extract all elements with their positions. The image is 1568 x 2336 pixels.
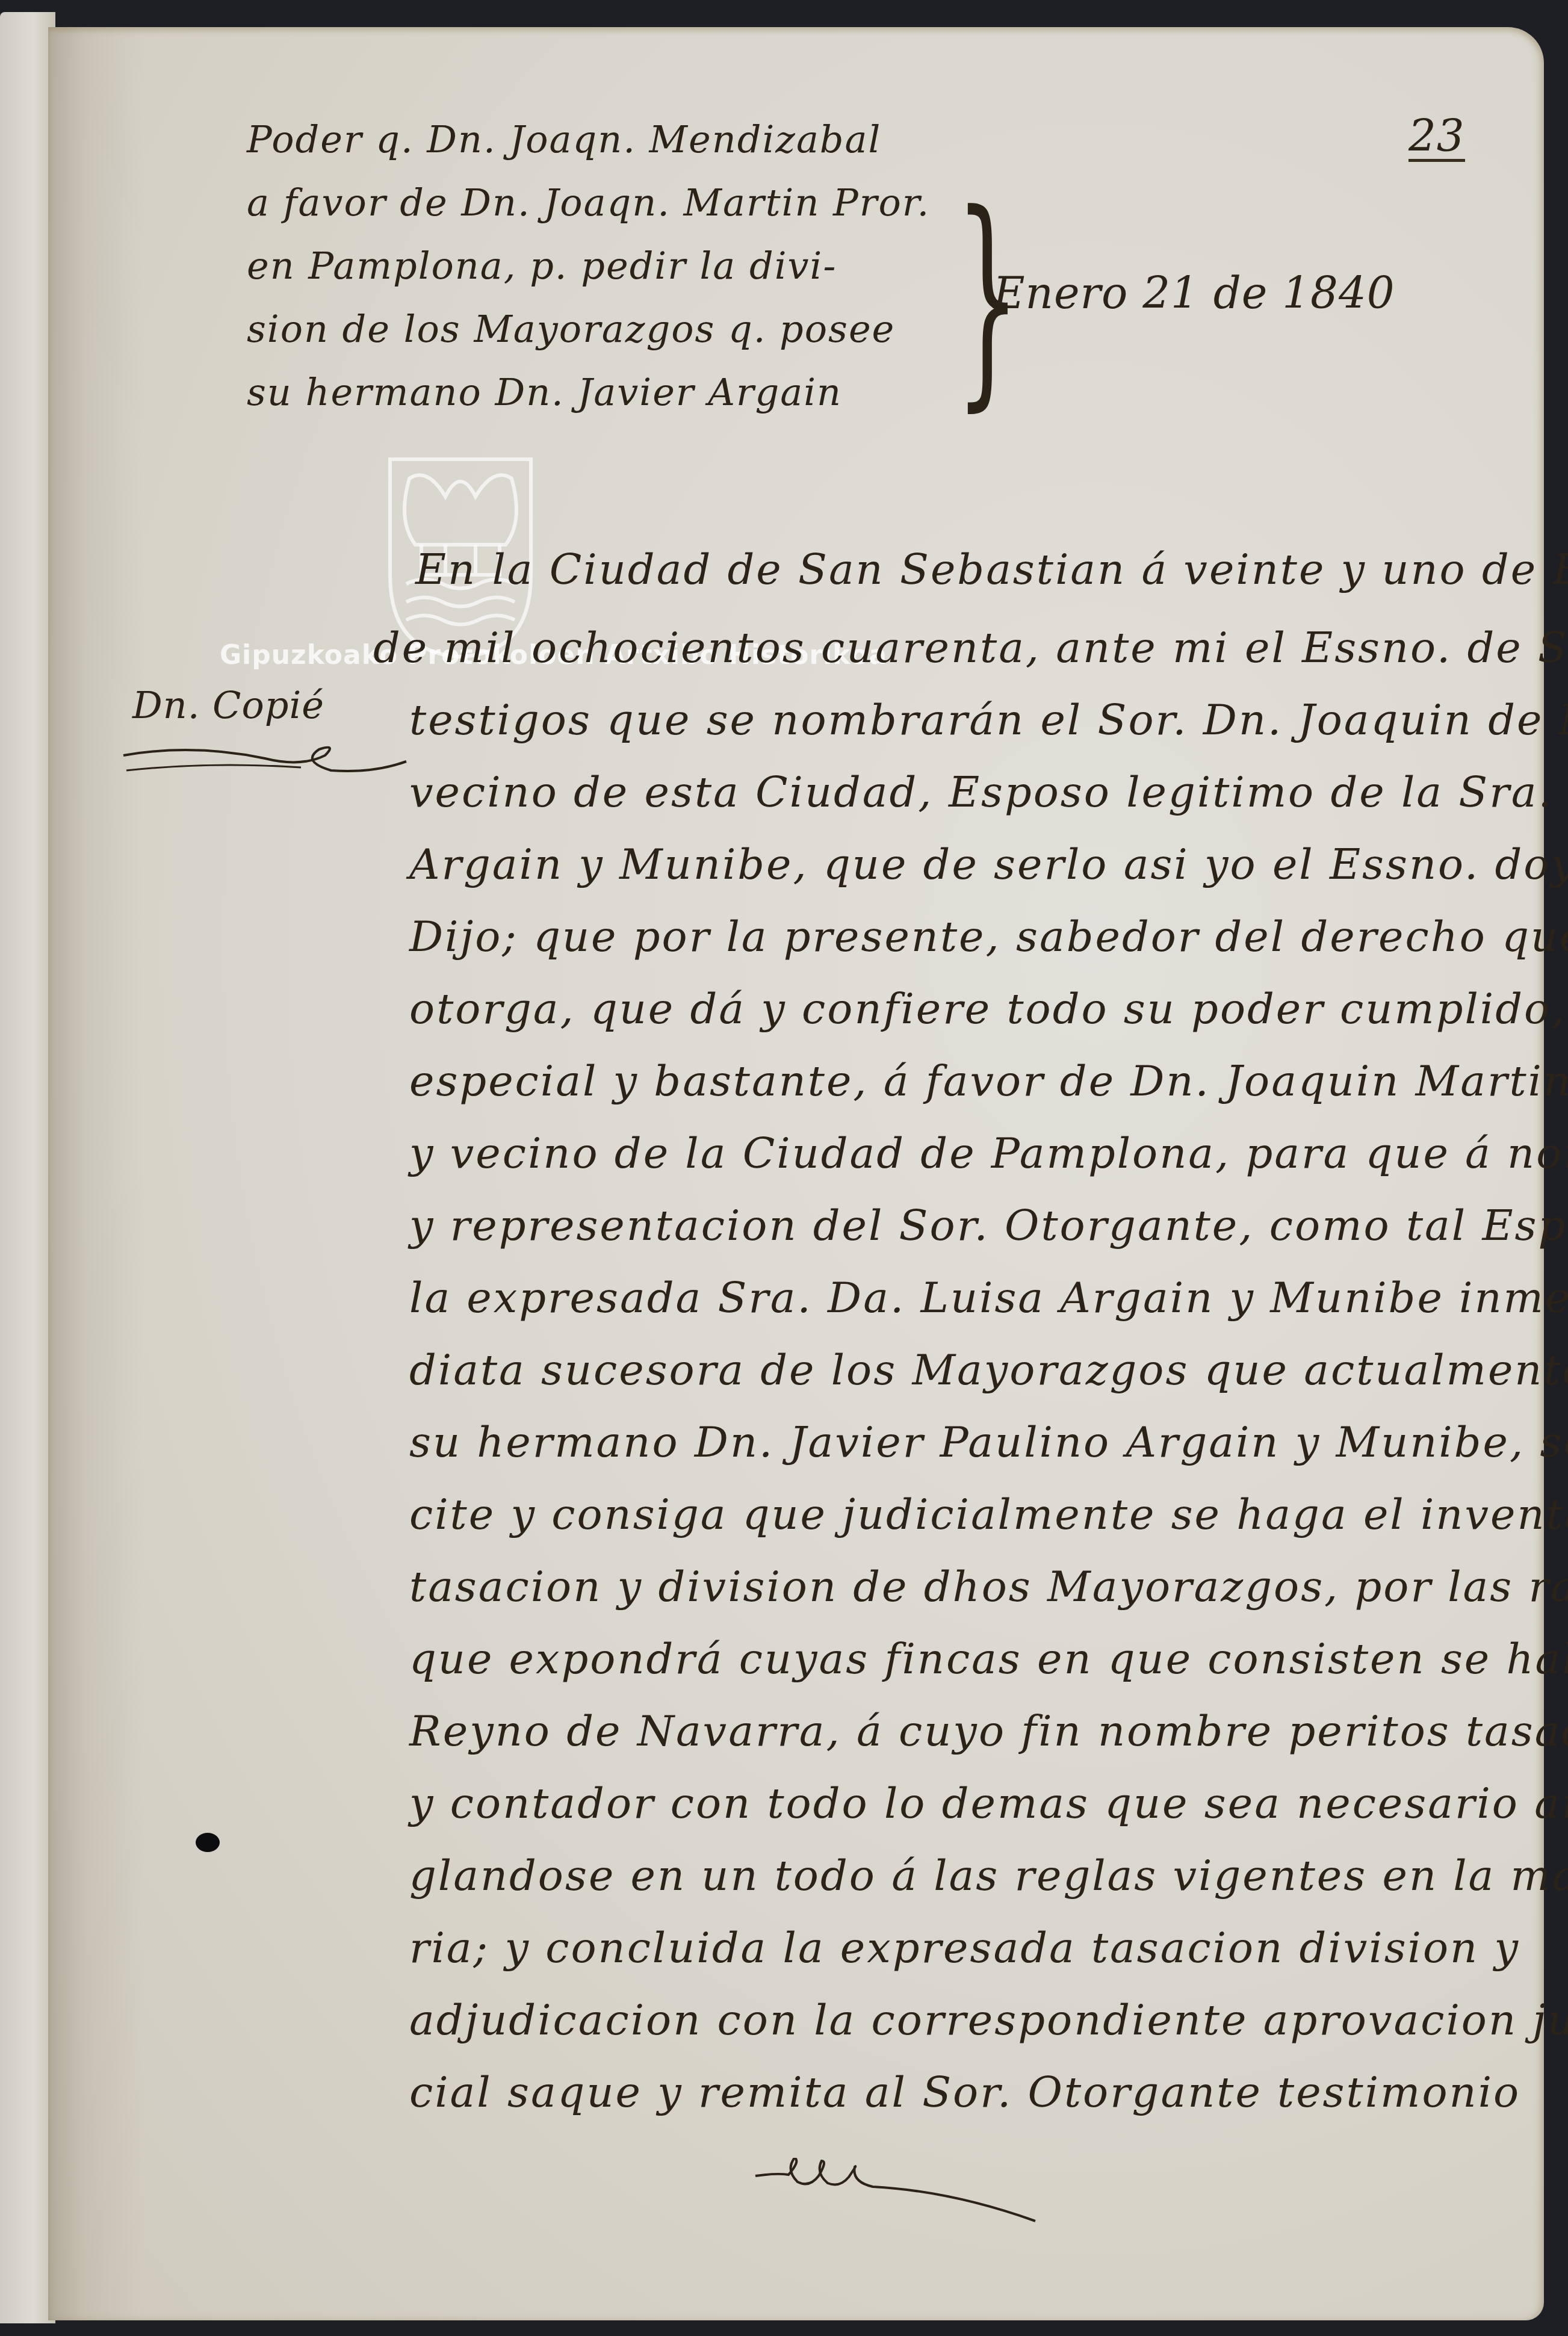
body-line: ria; y concluida la expresada tasacion d… [409,1923,1520,1972]
facing-page-edge [0,12,55,2323]
body-line: vecino de esta Ciudad, Esposo legitimo d… [409,767,1568,817]
body-line: Argain y Munibe, que de serlo asi yo el … [409,840,1568,889]
body-line: Reyno de Navarra, á cuyo fin nombre peri… [409,1706,1568,1756]
body-line: y contador con todo lo demas que sea nec… [409,1779,1568,1828]
body-line: otorga, que dá y confiere todo su poder … [409,984,1568,1033]
body-line: de mil ochocientos cuarenta, ante mi el … [373,623,1568,672]
heading-line: sion de los Mayorazgos q. posee [247,307,895,351]
body-line: Dijo; que por la presente, sabedor del d… [409,912,1568,961]
margin-note: Dn. Copié [132,683,324,727]
document-page: 23 Poder q. Dn. Joaqn. Mendizabal a favo… [48,27,1544,2320]
body-line: y representacion del Sor. Otorgante, com… [409,1201,1568,1250]
body-line: la expresada Sra. Da. Luisa Argain y Mun… [409,1273,1568,1322]
body-line: especial y bastante, á favor de Dn. Joaq… [409,1056,1568,1106]
body-line: cial saque y remita al Sor. Otorgante te… [409,2068,1520,2117]
heading-line: Poder q. Dn. Joaqn. Mendizabal [247,117,881,161]
body-line: diata sucesora de los Mayorazgos que act… [409,1345,1568,1395]
body-line: y vecino de la Ciudad de Pamplona, para … [409,1129,1568,1178]
heading-line: a favor de Dn. Joaqn. Martin Pror. [247,181,930,225]
body-line: En la Ciudad de San Sebastian á veinte y… [415,545,1568,594]
body-line: tasacion y division de dhos Mayorazgos, … [409,1562,1568,1611]
body-line: testigos que se nombrarán el Sor. Dn. Jo… [409,695,1568,745]
heading-line: en Pamplona, p. pedir la divi- [247,244,837,288]
body-line: su hermano Dn. Javier Paulino Argain y M… [409,1417,1568,1467]
body-line: adjudicacion con la correspondiente apro… [409,1995,1568,2045]
body-line: que expondrá cuyas fincas en que consist… [409,1634,1568,1684]
body-line: cite y consiga que judicialmente se haga… [409,1490,1568,1539]
folio-number: 23 [1408,114,1465,162]
heading-line: su hermano Dn. Javier Argain [247,370,842,414]
signature-flourish-icon [120,737,409,779]
punch-hole [196,1833,220,1852]
body-line: glandose en un todo á las reglas vigente… [409,1851,1568,1900]
rubric-flourish-icon [752,2158,1041,2224]
date-note: Enero 21 de 1840 [993,268,1395,318]
